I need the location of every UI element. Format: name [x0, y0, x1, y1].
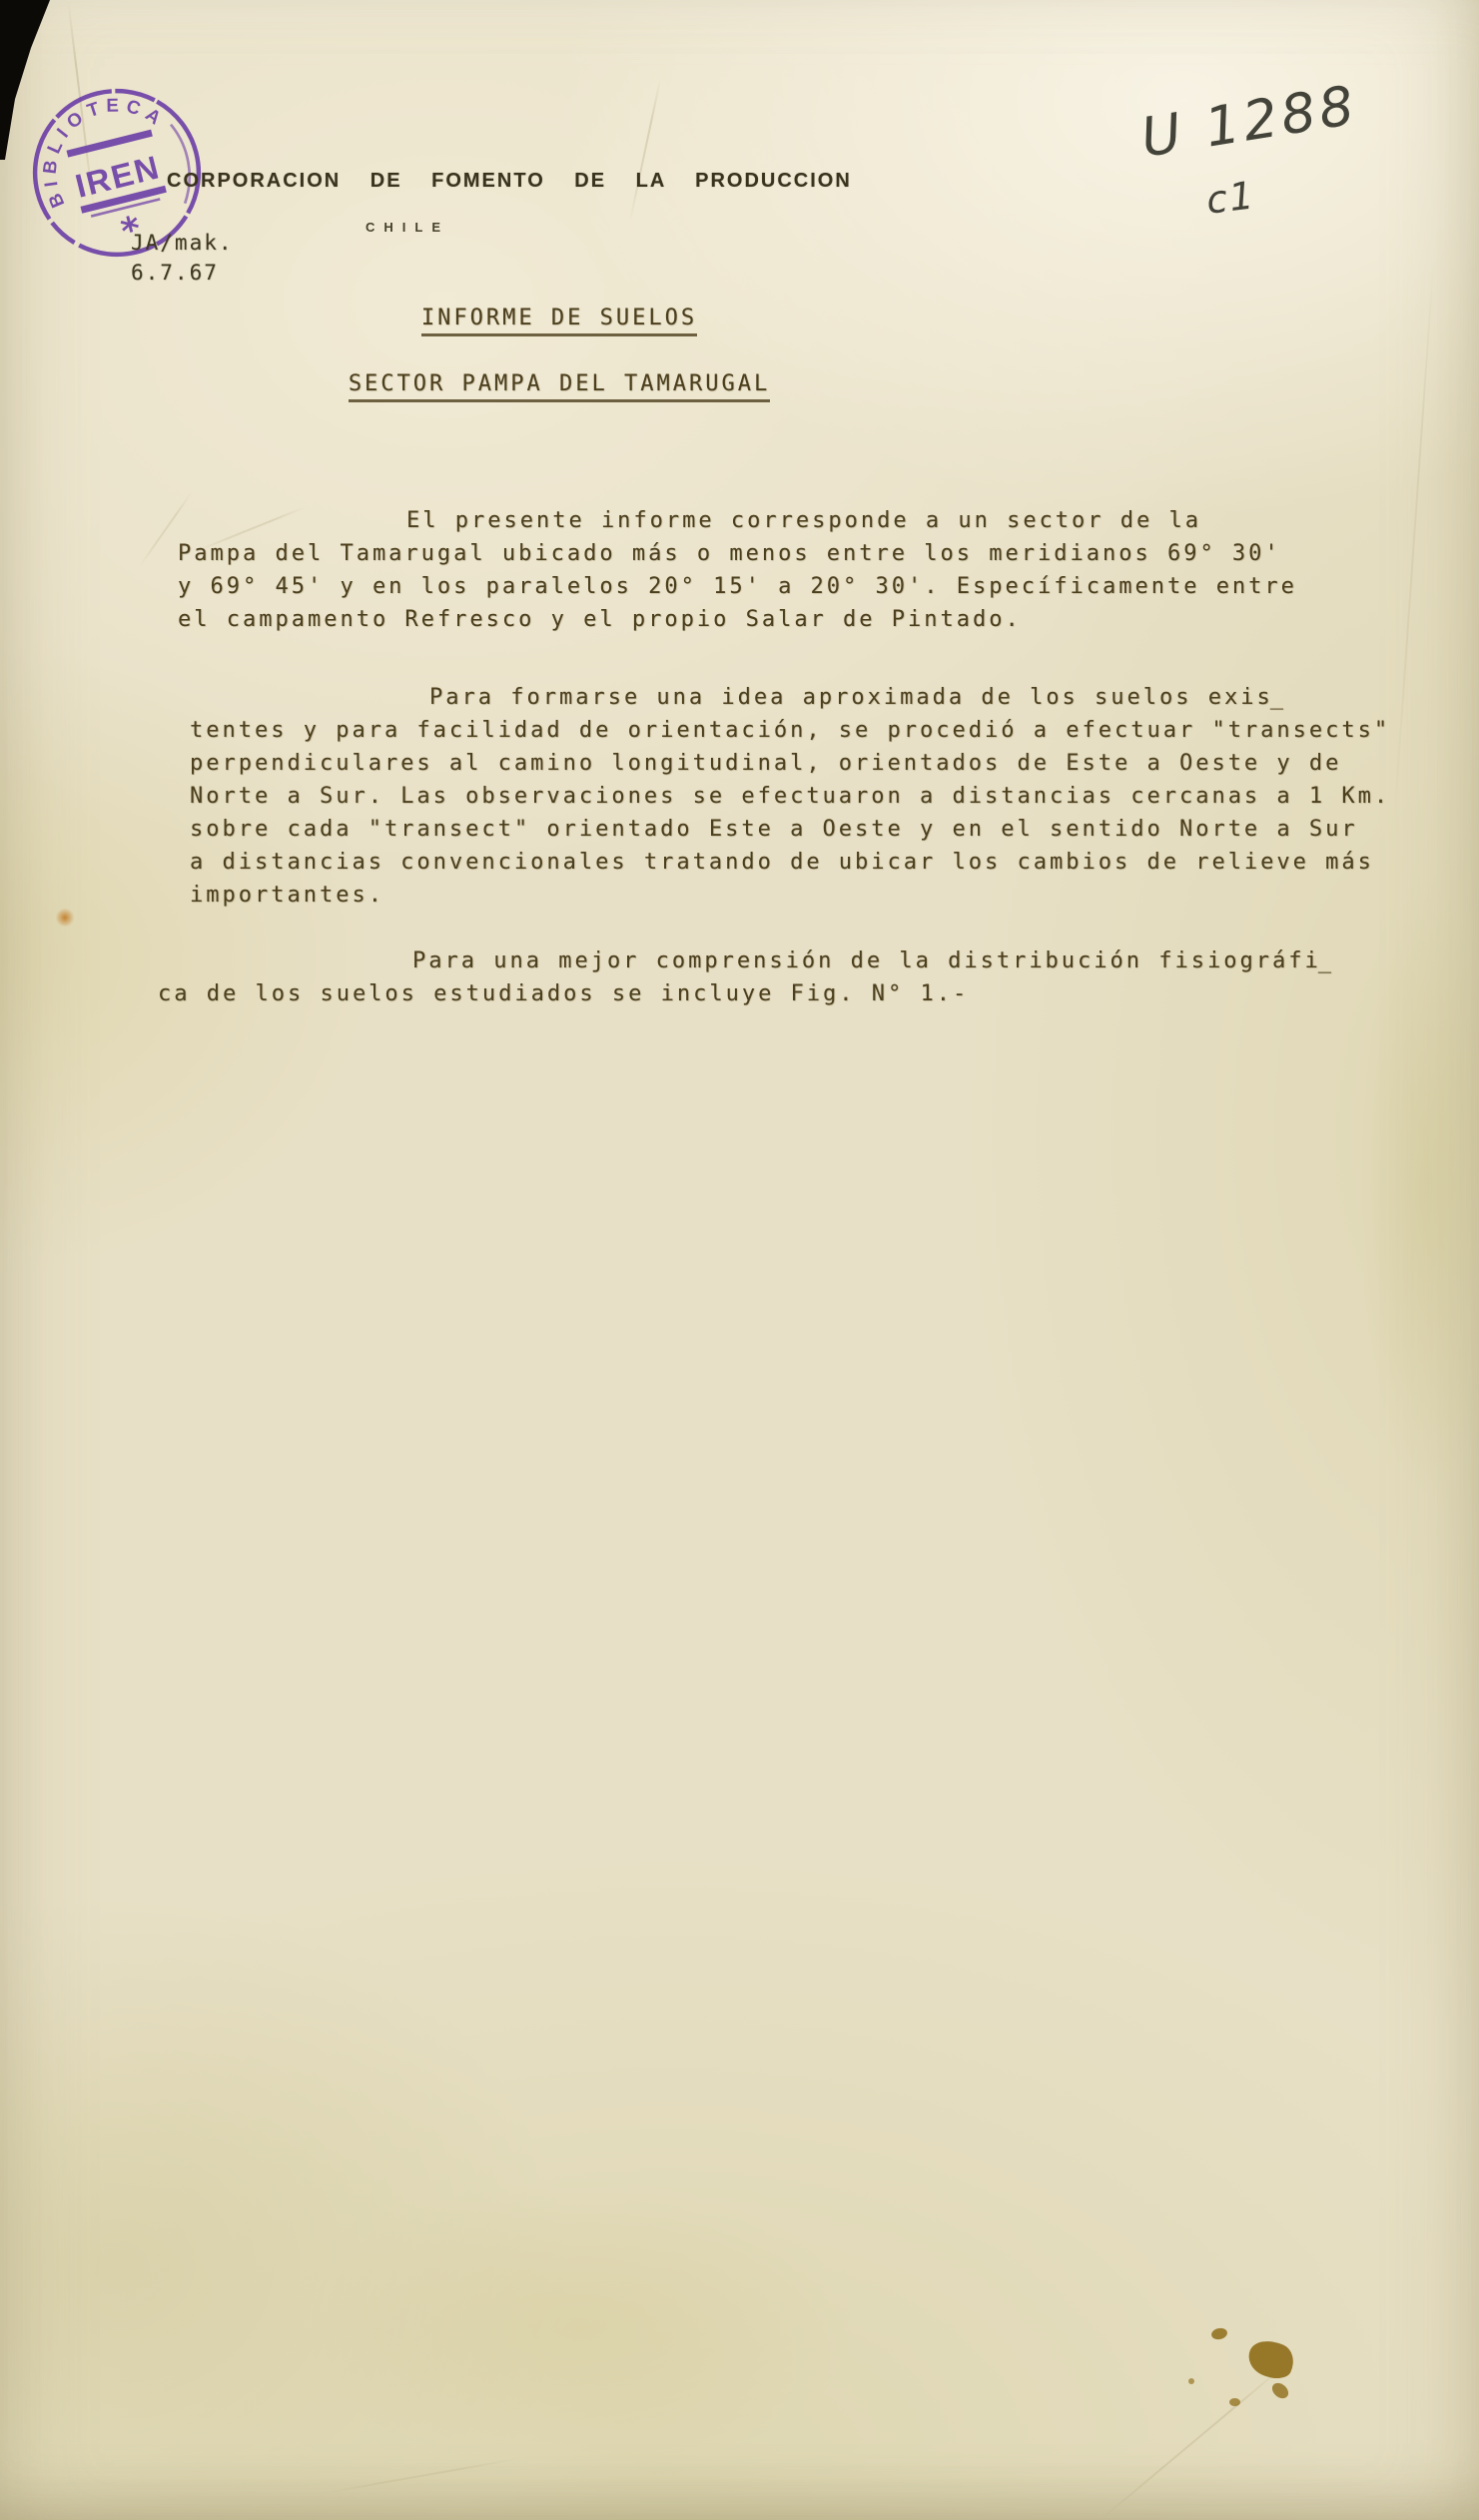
text-line: importantes. — [190, 883, 1458, 916]
text-line: Para una mejor comprensión de la distrib… — [158, 948, 1426, 981]
typist-reference: JA/mak. — [131, 231, 234, 255]
ink-blot — [1229, 2398, 1240, 2406]
ink-blot — [1188, 2378, 1194, 2384]
scanned-document-page: BIBLIOTECA IREN * CORPORACION DE FOMENTO… — [0, 0, 1479, 2520]
text-line: a distancias convencionales tratando de … — [190, 850, 1458, 883]
handwritten-call-number: U 1288 — [1136, 73, 1361, 169]
ink-blot — [1243, 2333, 1300, 2385]
text-line: sobre cada "transect" orientado Este a O… — [190, 817, 1458, 850]
text-line: Para formarse una idea aproximada de los… — [190, 685, 1458, 718]
text-line: Norte a Sur. Las observaciones se efectu… — [190, 784, 1458, 817]
handwritten-copy-number: c1 — [1204, 173, 1258, 223]
paragraph-1: El presente informe corresponde a un sec… — [178, 508, 1446, 640]
paragraph-3: Para una mejor comprensión de la distrib… — [158, 948, 1426, 1014]
text-line: Pampa del Tamarugal ubicado más o menos … — [178, 541, 1446, 574]
paragraph-2: Para formarse una idea aproximada de los… — [190, 685, 1458, 916]
header-country: CHILE — [366, 220, 449, 235]
text-line: el campamento Refresco y el propio Salar… — [178, 607, 1446, 640]
paper-stain — [300, 2177, 859, 2476]
subtitle-row: SECTOR PAMPA DEL TAMARUGAL — [150, 371, 969, 402]
header-organization: CORPORACION DE FOMENTO DE LA PRODUCCION — [167, 170, 852, 193]
paper-stain — [55, 909, 75, 927]
ink-blot-stain — [1163, 2326, 1333, 2436]
title-row: INFORME DE SUELOS — [150, 306, 969, 336]
ink-blot — [1269, 2380, 1291, 2402]
ink-blot — [1210, 2326, 1228, 2340]
text-line: perpendiculares al camino longitudinal, … — [190, 751, 1458, 784]
paper-crease — [322, 2458, 518, 2495]
text-line: ca de los suelos estudiados se incluye F… — [158, 981, 1426, 1014]
document-subtitle: SECTOR PAMPA DEL TAMARUGAL — [349, 371, 770, 402]
text-line: El presente informe corresponde a un sec… — [178, 508, 1446, 541]
document-title: INFORME DE SUELOS — [421, 306, 697, 336]
document-date: 6.7.67 — [131, 261, 219, 285]
text-line: tentes y para facilidad de orientación, … — [190, 718, 1458, 751]
paper-crease — [629, 79, 661, 221]
text-line: y 69° 45' y en los paralelos 20° 15' a 2… — [178, 574, 1446, 607]
